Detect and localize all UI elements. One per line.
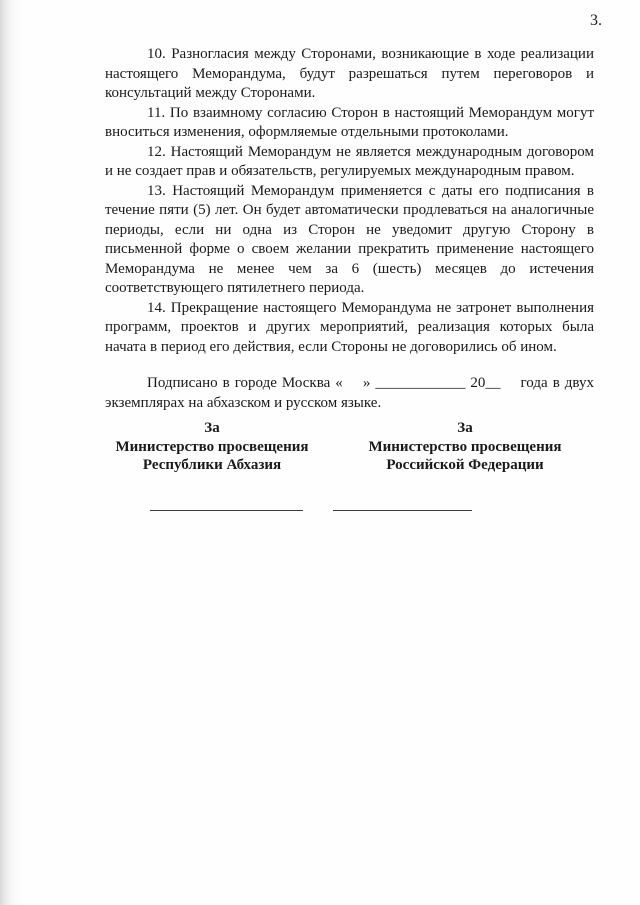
signature-right-preposition: За — [345, 419, 585, 438]
paragraph-11: 11. По взаимному согласию Сторон в насто… — [105, 104, 594, 143]
signature-party-abkhazia: За Министерство просвещения Республики А… — [92, 419, 332, 475]
paragraph-14: 14. Прекращение настоящего Меморандума н… — [105, 299, 594, 358]
signature-right-state: Российской Федерации — [345, 456, 585, 475]
signature-right-ministry: Министерство просвещения — [345, 438, 585, 457]
signature-left-ministry: Министерство просвещения — [92, 438, 332, 457]
signature-line-right — [333, 510, 472, 511]
signature-left-preposition: За — [92, 419, 332, 438]
signing-clause: Подписано в городе Москва « » __________… — [105, 374, 594, 413]
signature-headings: За Министерство просвещения Республики А… — [0, 419, 640, 475]
signature-line-left — [150, 510, 303, 511]
paragraph-13: 13. Настоящий Меморандум применяется с д… — [105, 182, 594, 299]
document-body: 10. Разногласия между Сторонами, возника… — [105, 45, 594, 413]
signature-left-state: Республики Абхазия — [92, 456, 332, 475]
paragraph-12: 12. Настоящий Меморандум не является меж… — [105, 143, 594, 182]
page-number: 3. — [590, 12, 602, 30]
paragraph-10: 10. Разногласия между Сторонами, возника… — [105, 45, 594, 104]
scanned-document-page: { "page": { "number": "3." }, "document"… — [0, 0, 640, 905]
signature-party-russia: За Министерство просвещения Российской Ф… — [345, 419, 585, 475]
